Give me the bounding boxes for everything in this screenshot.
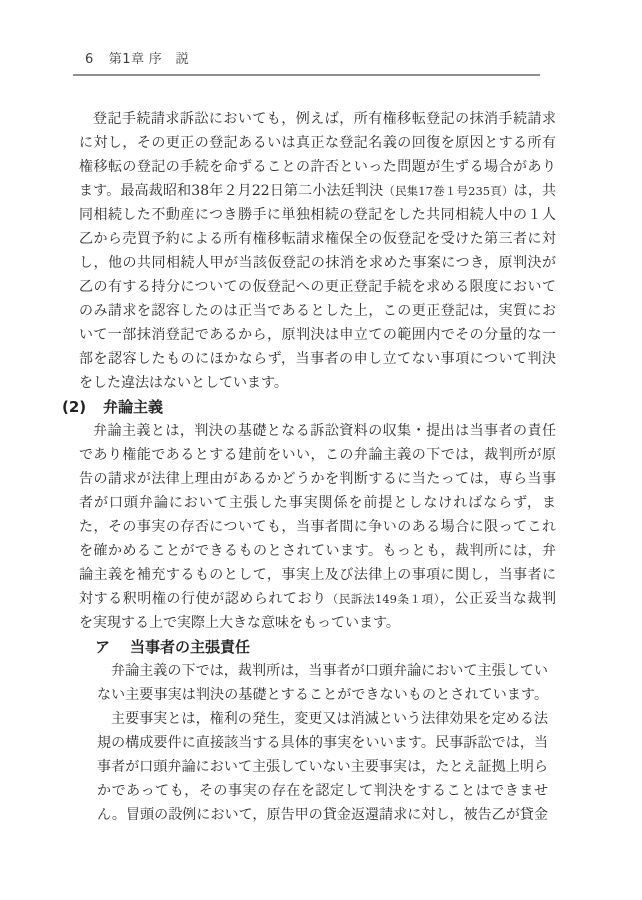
text-line: 同相続した不動産につき勝手に単独相続の登記をした共同相続人中の１人 [79,203,556,227]
text-line: 登記手続請求訴訟においても，例えば，所有権移転登記の抹消手続請求 [79,107,556,131]
heading-title: 当事者の主張責任 [130,638,250,656]
text-run: のみ請求を認容したのは正当であるとした上，この更正登記は，実質にお [79,303,556,319]
paragraph: 主要事実とは，権利の発生，変更又は消滅という法律効果を定める法規の構成要件に直接… [97,707,548,827]
citation-text: （民集17巻１号235頁） [383,184,513,198]
text-run: は，共 [514,183,556,199]
chapter-label: 第1章 [109,52,145,67]
text-line: 事者が口頭弁論において主張していない主要事実は，たとえ証拠上明ら [97,755,548,779]
page-body: 登記手続請求訴訟においても，例えば，所有権移転登記の抹消手続請求に対し，その更正… [79,107,556,827]
text-line: 部を認容したものにほかならず，当事者の申し立てない事項について判決 [79,347,556,371]
text-line: 論主義を補充するものとして，事実上及び法律上の事項に関し，当事者に [79,563,556,587]
text-run: 事者が口頭弁論において主張していない主要事実は，たとえ証拠上明ら [97,759,548,775]
text-run: 対する釈明権の行使が認められており [79,591,327,607]
text-line: を確かめることができるものとされています。もっとも，裁判所には，弁 [79,539,556,563]
text-run: 弁論主義の下では，裁判所は，当事者が口頭弁論において主張してい [111,663,548,679]
text-line: 弁論主義の下では，裁判所は，当事者が口頭弁論において主張してい [97,659,548,683]
text-run: 部を認容したものにほかならず，当事者の申し立てない事項について判決 [79,351,556,367]
running-header: 6第1章序 説 [85,52,189,68]
text-line: 乙から売買予約による所有権移転請求権保全の仮登記を受けた第三者に対 [79,227,556,251]
paragraph: 弁論主義の下では，裁判所は，当事者が口頭弁論において主張していない主要事実は判決… [97,659,548,707]
text-run: 告の請求が法律上理由があるかどうかを判断するに当たっては，専ら当事 [79,471,556,487]
text-line: を実現する上で実際上大きな意味をもっています。 [79,611,556,635]
text-run: 論主義を補充するものとして，事実上及び法律上の事項に関し，当事者に [79,567,556,583]
section-heading: (2)弁論主義 [62,395,556,419]
text-run: をした違法はないとしています。 [79,375,288,391]
text-run: 主要事実とは，権利の発生，変更又は消滅という法律効果を定める法 [111,711,548,727]
text-run: 規の構成要件に直接該当する具体的事実をいいます。民事訴訟では，当 [97,735,548,751]
heading-title: 弁論主義 [103,398,163,416]
text-line: に対し，その更正の登記あるいは真正な登記名義の回復を原因とする所有 [79,131,556,155]
text-line: をした違法はないとしています。 [79,371,556,395]
text-line: 者が口頭弁論において主張した事実関係を前提としなければならず，ま [79,491,556,515]
text-line: であり権能であるとする建前をいい，この弁論主義の下では，裁判所が原 [79,443,556,467]
text-run: いて一部抹消登記であるから，原判決は申立ての範囲内でその分量的な一 [79,327,556,343]
heading-label: (2) [62,395,103,419]
text-run: し，他の共同相続人甲が当該仮登記の抹消を求めた事案につき，原判決が [79,255,556,271]
citation-text: （民訴法149条１項） [327,592,440,606]
text-run: 権移転の登記の手続を命ずることの許否といった問題が生ずる場合があり [79,159,556,175]
text-run: 同相続した不動産につき勝手に単独相続の登記をした共同相続人中の１人 [79,207,556,223]
text-run: 者が口頭弁論において主張した事実関係を前提としなければならず，ま [79,495,556,511]
text-run: 乙の有する持分についての仮登記への更正登記手続を求める限度において [79,279,556,295]
text-run: であり権能であるとする建前をいい，この弁論主義の下では，裁判所が原 [79,447,556,463]
text-line: 対する釈明権の行使が認められており（民訴法149条１項），公正妥当な裁判 [79,587,556,611]
text-run: ん。冒頭の設例において，原告甲の貸金返還請求に対し，被告乙が貸金 [97,807,548,823]
text-run: ない主要事実は判決の基礎とすることができないものとされています。 [97,687,548,703]
text-line: 主要事実とは，権利の発生，変更又は消滅という法律効果を定める法 [97,707,548,731]
text-line: 告の請求が法律上理由があるかどうかを判断するに当たっては，専ら当事 [79,467,556,491]
text-line: のみ請求を認容したのは正当であるとした上，この更正登記は，実質にお [79,299,556,323]
text-run: た，その事実の存否についても，当事者間に争いのある場合に限ってこれ [79,519,556,535]
text-run: を確かめることができるものとされています。もっとも，裁判所には，弁 [79,543,556,559]
text-run: を実現する上で実際上大きな意味をもっています。 [79,615,400,631]
book-page: 6第1章序 説 登記手続請求訴訟においても，例えば，所有権移転登記の抹消手続請求… [0,0,642,900]
text-line: ます。最高裁昭和38年２月22日第二小法廷判決（民集17巻１号235頁）は，共 [79,179,556,203]
text-run: ます。最高裁昭和38年２月22日第二小法廷判決 [79,183,383,199]
text-line: ない主要事実は判決の基礎とすることができないものとされています。 [97,683,548,707]
paragraph: 弁論主義とは，判決の基礎となる訴訟資料の収集・提出は当事者の責任であり権能である… [79,419,556,635]
sub-section-heading: ア当事者の主張責任 [95,635,556,659]
text-line: 権移転の登記の手続を命ずることの許否といった問題が生ずる場合があり [79,155,556,179]
text-line: 乙の有する持分についての仮登記への更正登記手続を求める限度において [79,275,556,299]
text-line: し，他の共同相続人甲が当該仮登記の抹消を求めた事案につき，原判決が [79,251,556,275]
page-number: 6 [85,52,94,67]
text-line: 規の構成要件に直接該当する具体的事実をいいます。民事訴訟では，当 [97,731,548,755]
text-run: 乙から売買予約による所有権移転請求権保全の仮登記を受けた第三者に対 [79,231,556,247]
header-divider [73,74,540,76]
text-line: た，その事実の存否についても，当事者間に争いのある場合に限ってこれ [79,515,556,539]
paragraph: 登記手続請求訴訟においても，例えば，所有権移転登記の抹消手続請求に対し，その更正… [79,107,556,395]
text-run: 登記手続請求訴訟においても，例えば，所有権移転登記の抹消手続請求 [93,111,556,127]
chapter-title: 序 説 [149,52,190,67]
text-run: かであっても，その事実の存在を認定して判決をすることはできませ [97,783,548,799]
text-line: ん。冒頭の設例において，原告甲の貸金返還請求に対し，被告乙が貸金 [97,803,548,827]
heading-label: ア [95,635,130,659]
text-run: に対し，その更正の登記あるいは真正な登記名義の回復を原因とする所有 [79,135,556,151]
text-line: 弁論主義とは，判決の基礎となる訴訟資料の収集・提出は当事者の責任 [79,419,556,443]
text-run: ，公正妥当な裁判 [440,591,556,607]
text-line: いて一部抹消登記であるから，原判決は申立ての範囲内でその分量的な一 [79,323,556,347]
text-run: 弁論主義とは，判決の基礎となる訴訟資料の収集・提出は当事者の責任 [93,423,556,439]
text-line: かであっても，その事実の存在を認定して判決をすることはできませ [97,779,548,803]
